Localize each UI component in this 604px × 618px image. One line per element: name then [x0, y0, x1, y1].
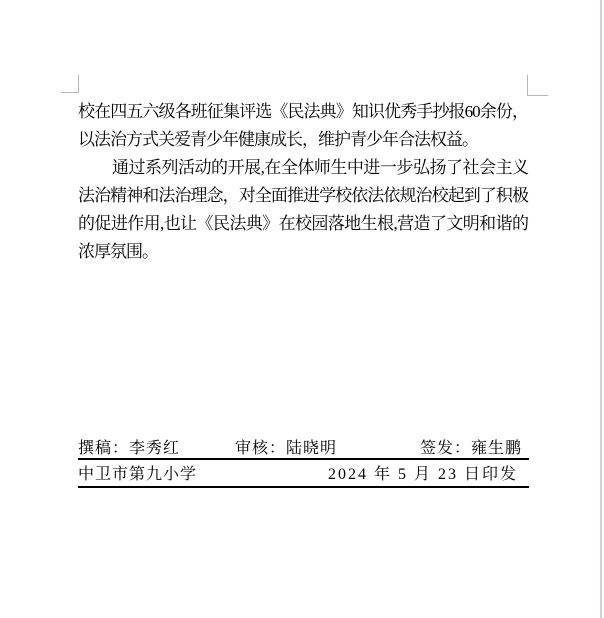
- reviewer-field[interactable]: 审核：陆晓明: [235, 440, 337, 458]
- footer-separator-line-bottom: [78, 486, 529, 488]
- organization-field[interactable]: 中卫市第九小学: [78, 466, 197, 484]
- document-body-text[interactable]: 校在四五六级各班征集评选《民法典》知识优秀手抄报60余份，以法治方式关爱青少年健…: [78, 98, 528, 266]
- text-boundary-mark-top-left-horizontal: [61, 92, 79, 93]
- document-page: 校在四五六级各班征集评选《民法典》知识优秀手抄报60余份，以法治方式关爱青少年健…: [0, 0, 604, 618]
- body-text-line[interactable]: 浓厚氛围。: [78, 238, 528, 266]
- text-boundary-mark-top-right-horizontal: [527, 95, 548, 96]
- drafter-field[interactable]: 撰稿：李秀红: [78, 440, 180, 458]
- text-boundary-mark-top-left-vertical: [78, 75, 79, 93]
- body-text-line[interactable]: 校在四五六级各班征集评选《民法典》知识优秀手抄报60余份，: [78, 98, 528, 126]
- page-edge-line: [600, 0, 602, 618]
- footer-signoff-row: 撰稿：李秀红 审核：陆晓明 签发：雍生鹏: [78, 440, 528, 458]
- body-text-line[interactable]: 的促进作用,也让《民法典》在校园落地生根,营造了文明和谐的: [78, 210, 528, 238]
- footer-issue-row: 中卫市第九小学 2024 年 5 月 23 日印发: [78, 466, 528, 484]
- footer-separator-line-top: [78, 458, 529, 460]
- issuer-field[interactable]: 签发：雍生鹏: [420, 440, 522, 458]
- print-date-field[interactable]: 2024 年 5 月 23 日印发: [328, 466, 518, 484]
- text-boundary-mark-top-right-vertical: [527, 75, 528, 96]
- body-text-line[interactable]: 法治精神和法治理念，对全面推进学校依法依规治校起到了积极: [78, 182, 528, 210]
- body-text-line[interactable]: 通过系列活动的开展,在全体师生中进一步弘扬了社会主义: [78, 154, 528, 182]
- body-text-line[interactable]: 以法治方式关爱青少年健康成长，维护青少年合法权益。: [78, 126, 528, 154]
